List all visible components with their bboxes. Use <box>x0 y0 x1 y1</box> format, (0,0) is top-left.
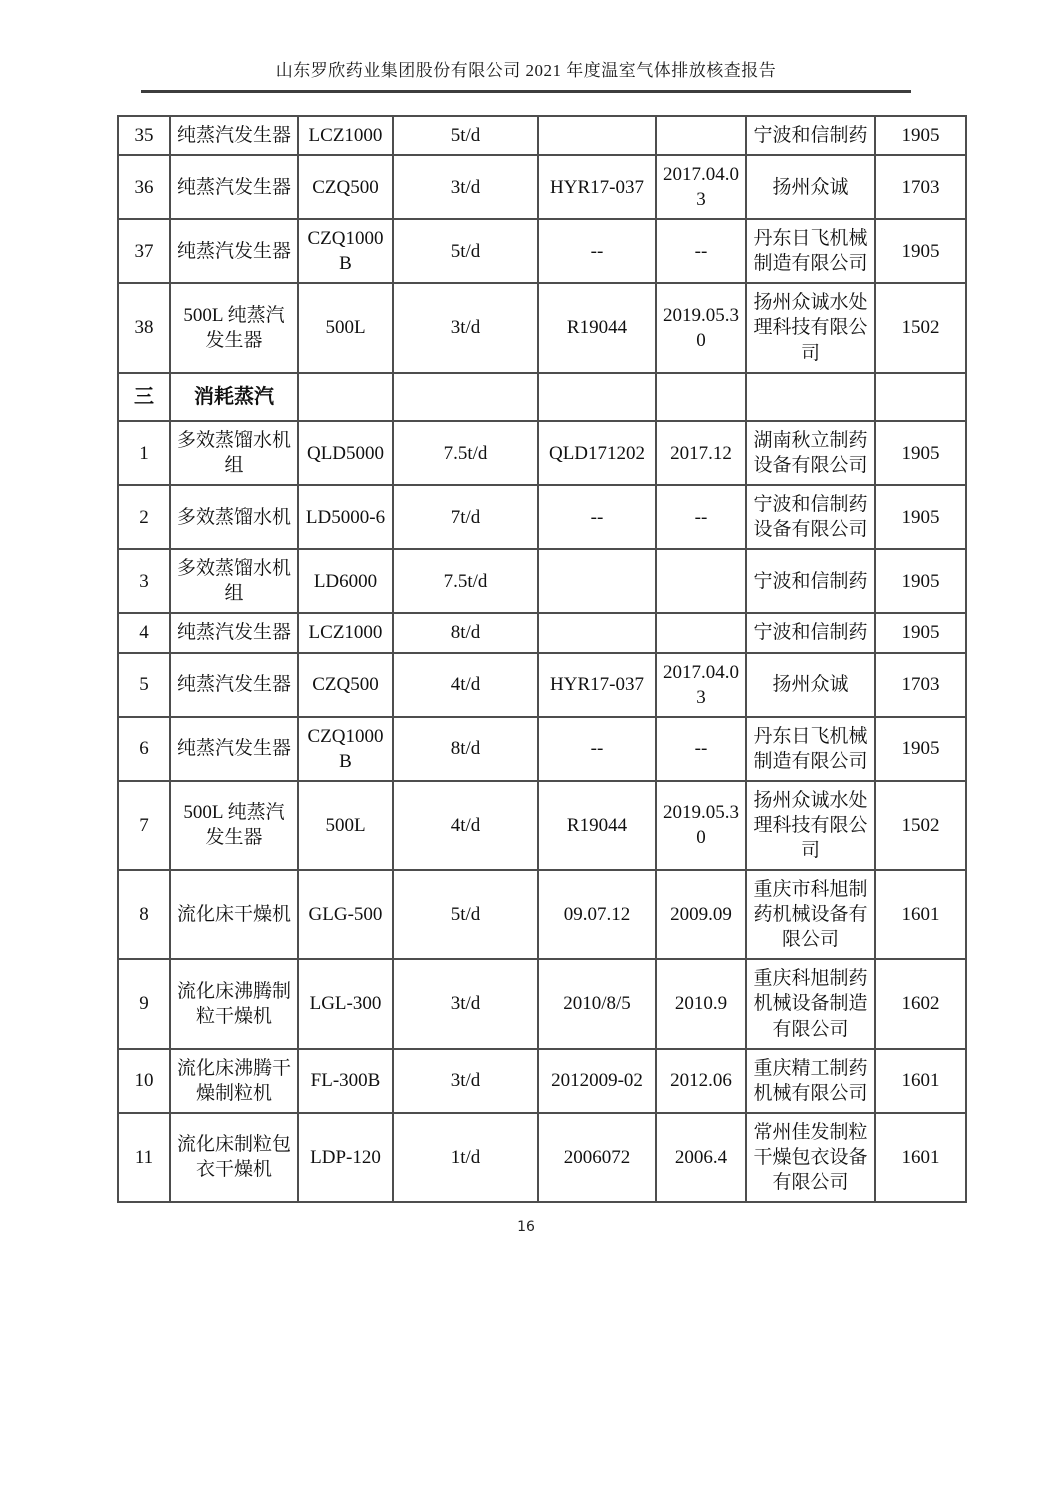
table-row: 35纯蒸汽发生器LCZ10005t/d宁波和信制药1905 <box>118 116 966 155</box>
cell-date: 2017.12 <box>656 421 746 485</box>
cell-capacity: 3t/d <box>393 959 538 1048</box>
header-rule <box>141 90 911 93</box>
cell-num: 三 <box>118 373 170 421</box>
cell-num: 11 <box>118 1113 170 1202</box>
cell-cert_no <box>538 549 656 613</box>
cell-name: 流化床制粒包衣干燥机 <box>170 1113 298 1202</box>
cell-capacity: 7.5t/d <box>393 421 538 485</box>
cell-num: 6 <box>118 717 170 781</box>
cell-code: 1905 <box>875 219 966 283</box>
table-row: 4纯蒸汽发生器LCZ10008t/d宁波和信制药1905 <box>118 613 966 652</box>
cell-name: 消耗蒸汽 <box>170 373 298 421</box>
cell-cert_no: -- <box>538 219 656 283</box>
cell-code: 1905 <box>875 116 966 155</box>
cell-date <box>656 116 746 155</box>
cell-model: LD6000 <box>298 549 393 613</box>
table-row: 37纯蒸汽发生器CZQ1000B5t/d----丹东日飞机械制造有限公司1905 <box>118 219 966 283</box>
cell-code <box>875 373 966 421</box>
table-row: 36纯蒸汽发生器CZQ5003t/dHYR17-0372017.04.03扬州众… <box>118 155 966 219</box>
cell-capacity: 4t/d <box>393 653 538 717</box>
cell-cert_no: QLD171202 <box>538 421 656 485</box>
cell-code: 1905 <box>875 717 966 781</box>
cell-code: 1601 <box>875 1049 966 1113</box>
table-row: 1多效蒸馏水机组QLD50007.5t/dQLD1712022017.12湖南秋… <box>118 421 966 485</box>
cell-model: CZQ1000B <box>298 717 393 781</box>
cell-code: 1905 <box>875 485 966 549</box>
cell-date <box>656 373 746 421</box>
cell-name: 500L 纯蒸汽发生器 <box>170 283 298 372</box>
table-row: 9流化床沸腾制粒干燥机LGL-3003t/d2010/8/52010.9重庆科旭… <box>118 959 966 1048</box>
cell-model <box>298 373 393 421</box>
cell-capacity: 5t/d <box>393 870 538 959</box>
cell-manufacturer: 扬州众诚水处理科技有限公司 <box>746 283 875 372</box>
cell-num: 7 <box>118 781 170 870</box>
cell-num: 2 <box>118 485 170 549</box>
cell-cert_no: R19044 <box>538 283 656 372</box>
table-row: 5纯蒸汽发生器CZQ5004t/dHYR17-0372017.04.03扬州众诚… <box>118 653 966 717</box>
document-page: 山东罗欣药业集团股份有限公司 2021 年度温室气体排放核查报告 35纯蒸汽发生… <box>0 0 1052 1508</box>
cell-model: LDP-120 <box>298 1113 393 1202</box>
cell-name: 纯蒸汽发生器 <box>170 653 298 717</box>
cell-code: 1905 <box>875 549 966 613</box>
equipment-table-body: 35纯蒸汽发生器LCZ10005t/d宁波和信制药190536纯蒸汽发生器CZQ… <box>118 116 966 1202</box>
cell-cert_no: HYR17-037 <box>538 653 656 717</box>
cell-model: LCZ1000 <box>298 116 393 155</box>
cell-name: 纯蒸汽发生器 <box>170 116 298 155</box>
cell-name: 多效蒸馏水机组 <box>170 421 298 485</box>
cell-date: -- <box>656 485 746 549</box>
cell-num: 4 <box>118 613 170 652</box>
cell-num: 9 <box>118 959 170 1048</box>
cell-num: 38 <box>118 283 170 372</box>
cell-manufacturer: 宁波和信制药设备有限公司 <box>746 485 875 549</box>
cell-capacity: 8t/d <box>393 613 538 652</box>
section-row: 三消耗蒸汽 <box>118 373 966 421</box>
cell-date <box>656 549 746 613</box>
cell-model: CZQ1000B <box>298 219 393 283</box>
cell-model: 500L <box>298 283 393 372</box>
cell-date: -- <box>656 219 746 283</box>
cell-manufacturer: 湖南秋立制药设备有限公司 <box>746 421 875 485</box>
cell-num: 8 <box>118 870 170 959</box>
cell-num: 1 <box>118 421 170 485</box>
cell-capacity <box>393 373 538 421</box>
cell-model: FL-300B <box>298 1049 393 1113</box>
cell-name: 纯蒸汽发生器 <box>170 613 298 652</box>
table-row: 38500L 纯蒸汽发生器500L3t/dR190442019.05.30扬州众… <box>118 283 966 372</box>
document-header: 山东罗欣药业集团股份有限公司 2021 年度温室气体排放核查报告 <box>0 0 1052 93</box>
cell-num: 3 <box>118 549 170 613</box>
cell-date: 2009.09 <box>656 870 746 959</box>
cell-manufacturer: 丹东日飞机械制造有限公司 <box>746 717 875 781</box>
cell-name: 纯蒸汽发生器 <box>170 155 298 219</box>
cell-name: 流化床沸腾制粒干燥机 <box>170 959 298 1048</box>
cell-model: LCZ1000 <box>298 613 393 652</box>
cell-manufacturer: 宁波和信制药 <box>746 549 875 613</box>
cell-name: 多效蒸馏水机组 <box>170 549 298 613</box>
header-title: 山东罗欣药业集团股份有限公司 2021 年度温室气体排放核查报告 <box>0 56 1052 81</box>
cell-cert_no <box>538 116 656 155</box>
cell-name: 纯蒸汽发生器 <box>170 219 298 283</box>
cell-cert_no: 09.07.12 <box>538 870 656 959</box>
cell-name: 流化床沸腾干燥制粒机 <box>170 1049 298 1113</box>
cell-manufacturer: 扬州众诚 <box>746 155 875 219</box>
table-row: 10流化床沸腾干燥制粒机FL-300B3t/d2012009-022012.06… <box>118 1049 966 1113</box>
cell-manufacturer: 重庆精工制药机械有限公司 <box>746 1049 875 1113</box>
cell-manufacturer: 宁波和信制药 <box>746 613 875 652</box>
cell-date: 2006.4 <box>656 1113 746 1202</box>
cell-capacity: 5t/d <box>393 219 538 283</box>
cell-code: 1502 <box>875 781 966 870</box>
cell-code: 1703 <box>875 653 966 717</box>
cell-cert_no: HYR17-037 <box>538 155 656 219</box>
cell-code: 1703 <box>875 155 966 219</box>
page-number: 16 <box>517 1219 535 1235</box>
cell-date <box>656 613 746 652</box>
cell-capacity: 7.5t/d <box>393 549 538 613</box>
cell-name: 多效蒸馏水机 <box>170 485 298 549</box>
cell-capacity: 8t/d <box>393 717 538 781</box>
cell-model: 500L <box>298 781 393 870</box>
table-row: 7500L 纯蒸汽发生器500L4t/dR190442019.05.30扬州众诚… <box>118 781 966 870</box>
cell-name: 500L 纯蒸汽发生器 <box>170 781 298 870</box>
cell-cert_no: R19044 <box>538 781 656 870</box>
cell-cert_no: -- <box>538 485 656 549</box>
cell-manufacturer: 扬州众诚 <box>746 653 875 717</box>
cell-model: GLG-500 <box>298 870 393 959</box>
cell-num: 10 <box>118 1049 170 1113</box>
cell-date: 2010.9 <box>656 959 746 1048</box>
cell-cert_no <box>538 373 656 421</box>
cell-manufacturer: 扬州众诚水处理科技有限公司 <box>746 781 875 870</box>
cell-code: 1905 <box>875 613 966 652</box>
table-row: 8流化床干燥机GLG-5005t/d09.07.122009.09重庆市科旭制药… <box>118 870 966 959</box>
cell-date: 2017.04.03 <box>656 653 746 717</box>
cell-manufacturer: 常州佳发制粒干燥包衣设备有限公司 <box>746 1113 875 1202</box>
cell-cert_no: 2012009-02 <box>538 1049 656 1113</box>
cell-model: LGL-300 <box>298 959 393 1048</box>
cell-manufacturer: 重庆市科旭制药机械设备有限公司 <box>746 870 875 959</box>
cell-code: 1502 <box>875 283 966 372</box>
cell-code: 1602 <box>875 959 966 1048</box>
cell-code: 1601 <box>875 870 966 959</box>
cell-code: 1905 <box>875 421 966 485</box>
cell-name: 流化床干燥机 <box>170 870 298 959</box>
cell-manufacturer: 重庆科旭制药机械设备制造有限公司 <box>746 959 875 1048</box>
cell-capacity: 7t/d <box>393 485 538 549</box>
cell-code: 1601 <box>875 1113 966 1202</box>
cell-name: 纯蒸汽发生器 <box>170 717 298 781</box>
cell-num: 35 <box>118 116 170 155</box>
cell-capacity: 3t/d <box>393 1049 538 1113</box>
cell-cert_no <box>538 613 656 652</box>
cell-num: 5 <box>118 653 170 717</box>
cell-date: -- <box>656 717 746 781</box>
cell-cert_no: -- <box>538 717 656 781</box>
table-row: 6纯蒸汽发生器CZQ1000B8t/d----丹东日飞机械制造有限公司1905 <box>118 717 966 781</box>
cell-manufacturer: 丹东日飞机械制造有限公司 <box>746 219 875 283</box>
cell-capacity: 3t/d <box>393 283 538 372</box>
page-footer: 16 <box>0 1219 1052 1235</box>
cell-capacity: 5t/d <box>393 116 538 155</box>
cell-model: QLD5000 <box>298 421 393 485</box>
table-row: 11流化床制粒包衣干燥机LDP-1201t/d20060722006.4常州佳发… <box>118 1113 966 1202</box>
table-row: 2多效蒸馏水机LD5000-67t/d----宁波和信制药设备有限公司1905 <box>118 485 966 549</box>
cell-manufacturer <box>746 373 875 421</box>
cell-capacity: 1t/d <box>393 1113 538 1202</box>
cell-model: CZQ500 <box>298 653 393 717</box>
cell-num: 36 <box>118 155 170 219</box>
cell-date: 2012.06 <box>656 1049 746 1113</box>
cell-cert_no: 2006072 <box>538 1113 656 1202</box>
cell-model: CZQ500 <box>298 155 393 219</box>
equipment-table: 35纯蒸汽发生器LCZ10005t/d宁波和信制药190536纯蒸汽发生器CZQ… <box>117 115 967 1203</box>
cell-date: 2019.05.30 <box>656 283 746 372</box>
cell-date: 2017.04.03 <box>656 155 746 219</box>
cell-capacity: 3t/d <box>393 155 538 219</box>
cell-capacity: 4t/d <box>393 781 538 870</box>
cell-num: 37 <box>118 219 170 283</box>
table-row: 3多效蒸馏水机组LD60007.5t/d宁波和信制药1905 <box>118 549 966 613</box>
cell-manufacturer: 宁波和信制药 <box>746 116 875 155</box>
cell-cert_no: 2010/8/5 <box>538 959 656 1048</box>
cell-model: LD5000-6 <box>298 485 393 549</box>
cell-date: 2019.05.30 <box>656 781 746 870</box>
